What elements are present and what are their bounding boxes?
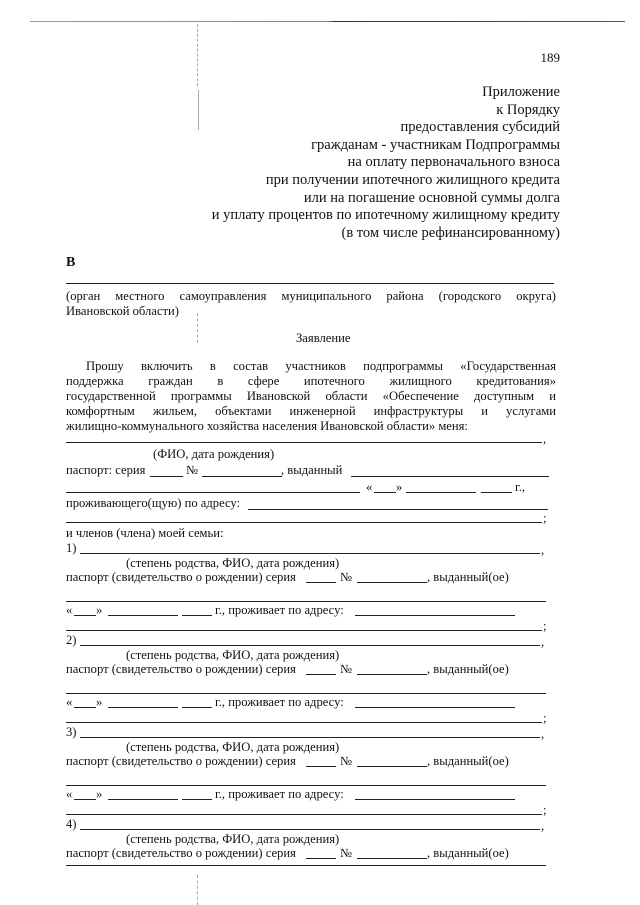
document-number-field[interactable] [357,858,427,859]
residence-address-field-cont[interactable] [66,630,542,631]
document-title: Заявление [296,331,350,346]
document-series-label: паспорт (свидетельство о рождении) серия [66,662,296,677]
issued-label: , выданный(ое) [427,570,509,585]
residence-address-field[interactable] [355,615,515,616]
document-series-field[interactable] [306,674,336,675]
relation-caption: (степень родства, ФИО, дата рождения) [126,648,339,663]
member-index: 1) [66,541,77,556]
issue-month-field[interactable] [108,799,178,800]
punctuation: , [541,543,544,558]
document-series-label: паспорт (свидетельство о рождении) серия [66,846,296,861]
number-label: № [186,463,198,478]
punctuation: ; [543,511,547,526]
issue-month-field[interactable] [406,492,476,493]
residence-label: г., проживает по адресу: [215,695,344,710]
residence-address-field-cont[interactable] [66,722,542,723]
addressee-prefix: В [66,255,75,271]
issue-year-field[interactable] [182,615,212,616]
document-number-field[interactable] [357,766,427,767]
appendix-header-line: на оплату первоначального взноса [212,154,560,172]
scan-top-border [30,21,625,22]
intro-paragraph-line: жилищно-коммунального хозяйства населени… [66,419,556,434]
document-number-field[interactable] [357,582,427,583]
document-series-field[interactable] [306,766,336,767]
addressee-caption: (орган местного самоуправления муниципал… [66,289,556,304]
address-label: проживающего(щую) по адресу: [66,496,240,511]
punctuation: , [541,727,544,742]
appendix-header-line: гражданам - участникам Подпрограммы [212,137,560,155]
appendix-header-line: или на погашение основной суммы долга [212,190,560,208]
intro-paragraph: Прошу включить в состав участников подпр… [66,359,556,434]
document-series-field[interactable] [306,858,336,859]
member-relation-field[interactable] [80,553,540,554]
appendix-header-line: и уплату процентов по ипотечному жилищно… [212,207,560,225]
issue-year-field[interactable] [182,799,212,800]
member-relation-field[interactable] [80,829,540,830]
residence-address-field[interactable] [355,707,515,708]
relation-caption: (степень родства, ФИО, дата рождения) [126,740,339,755]
member-index: 2) [66,633,77,648]
issued-label: , выданный(ое) [427,846,509,861]
punctuation: « [66,603,72,618]
scan-artifact-line [198,90,199,130]
residence-label: г., проживает по адресу: [215,787,344,802]
appendix-header-line: при получении ипотечного жилищного креди… [212,172,560,190]
issue-year-field[interactable] [481,492,512,493]
punctuation: « [366,480,372,495]
issued-by-field[interactable] [351,476,549,477]
punctuation: » [96,695,102,710]
document-series-label: паспорт (свидетельство о рождении) серия [66,754,296,769]
issued-by-field[interactable] [66,693,546,694]
punctuation: ; [543,619,547,634]
issued-by-field-cont[interactable] [66,492,360,493]
issue-year-field[interactable] [182,707,212,708]
punctuation: « [66,787,72,802]
appendix-header-line: (в том числе рефинансированному) [212,225,560,243]
punctuation: « [66,695,72,710]
applicant-fio-field[interactable] [66,442,542,443]
punctuation: , [541,635,544,650]
residence-address-field-cont[interactable] [66,814,542,815]
member-index: 3) [66,725,77,740]
member-relation-field[interactable] [80,645,540,646]
issue-month-field[interactable] [108,615,178,616]
year-suffix: г., [515,480,525,495]
appendix-header-line: предоставления субсидий [212,119,560,137]
scan-artifact-line [197,313,198,343]
family-intro: и членов (члена) моей семьи: [66,526,223,541]
issued-by-field[interactable] [66,865,546,866]
number-label: № [340,754,352,769]
passport-series-label: паспорт: серия [66,463,145,478]
issued-label: , выданный(ое) [427,662,509,677]
punctuation: » [96,603,102,618]
fio-caption: (ФИО, дата рождения) [153,447,274,462]
document-series-label: паспорт (свидетельство о рождении) серия [66,570,296,585]
punctuation: , [541,819,544,834]
issued-label: , выданный(ое) [427,754,509,769]
appendix-header-line: к Порядку [212,102,560,120]
page-number: 189 [541,50,561,66]
relation-caption: (степень родства, ФИО, дата рождения) [126,832,339,847]
addressee-caption-cont: Ивановской области) [66,304,179,319]
issue-day-field[interactable] [374,492,396,493]
intro-paragraph-line: поддержка граждан в сфере ипотечного жил… [66,374,556,389]
scan-artifact-line [197,24,198,86]
residence-address-field[interactable] [355,799,515,800]
intro-paragraph-line: комфортным жильем, объектами инженерной … [66,404,556,419]
address-field-cont[interactable] [66,522,542,523]
scan-artifact-line [197,875,198,905]
punctuation: » [396,480,402,495]
appendix-header: Приложениек Порядкупредоставления субсид… [212,84,560,242]
issue-day-field[interactable] [74,615,96,616]
issued-by-field[interactable] [66,601,546,602]
number-label: № [340,662,352,677]
residence-label: г., проживает по адресу: [215,603,344,618]
issued-label: , выданный [281,463,342,478]
intro-paragraph-line: Прошу включить в состав участников подпр… [66,359,556,374]
appendix-header-line: Приложение [212,84,560,102]
issue-month-field[interactable] [108,707,178,708]
document-series-field[interactable] [306,582,336,583]
number-label: № [340,570,352,585]
issued-by-field[interactable] [66,785,546,786]
punctuation: » [96,787,102,802]
member-relation-field[interactable] [80,737,540,738]
document-number-field[interactable] [357,674,427,675]
punctuation: , [543,432,546,447]
address-field[interactable] [248,509,548,510]
passport-number-field[interactable] [202,476,282,477]
member-index: 4) [66,817,77,832]
relation-caption: (степень родства, ФИО, дата рождения) [126,556,339,571]
punctuation: ; [543,711,547,726]
issue-day-field[interactable] [74,707,96,708]
passport-series-field[interactable] [150,476,183,477]
issue-day-field[interactable] [74,799,96,800]
number-label: № [340,846,352,861]
punctuation: ; [543,803,547,818]
intro-paragraph-line: государственной программы Ивановской обл… [66,389,556,404]
addressee-field[interactable] [66,283,554,284]
